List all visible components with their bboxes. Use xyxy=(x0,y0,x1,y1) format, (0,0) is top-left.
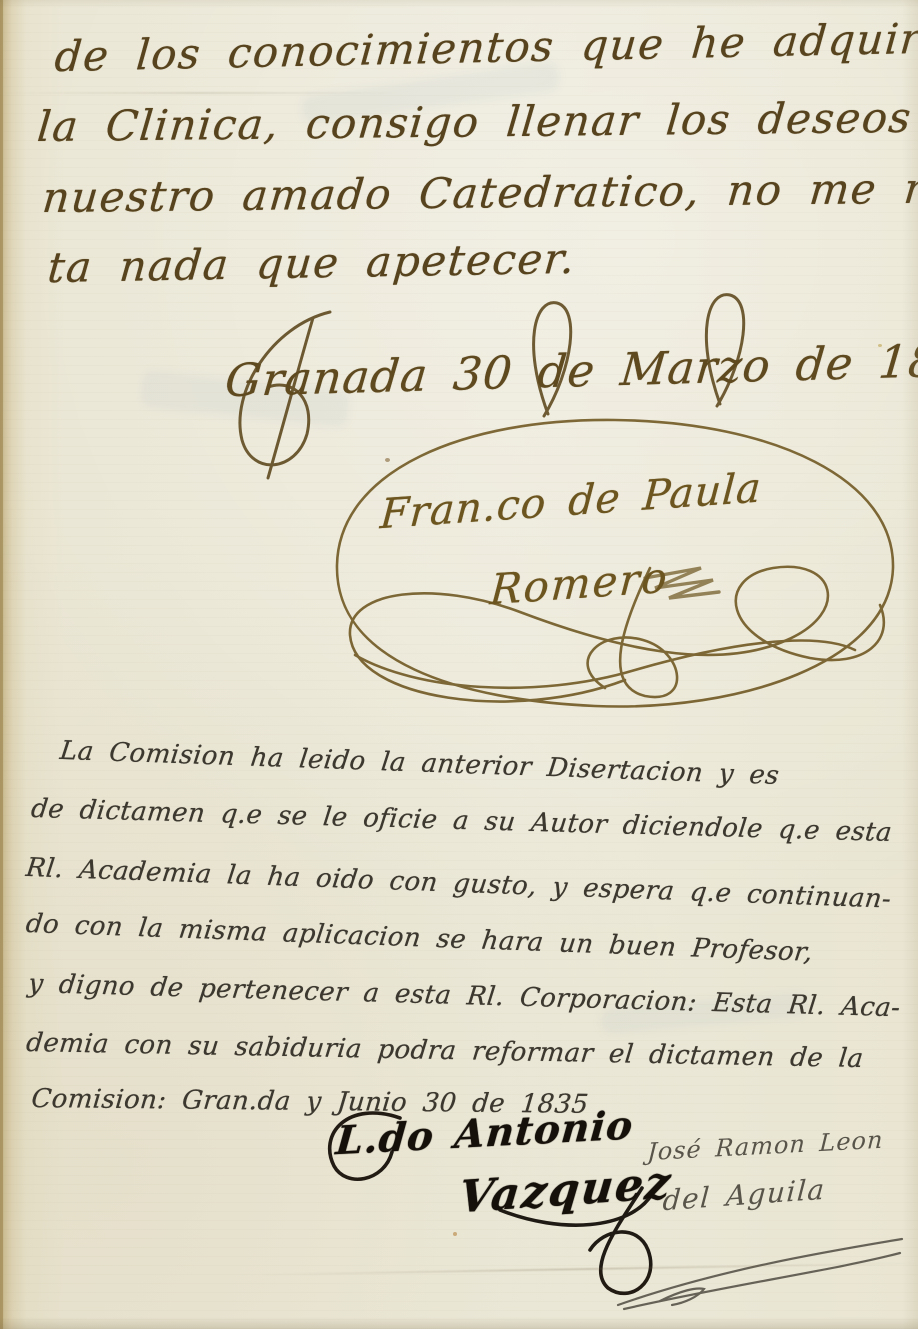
note-line-2: de dictamen q.e se le oficie a su Autor … xyxy=(30,794,894,848)
note-line-1: La Comision ha leido la anterior Diserta… xyxy=(58,736,781,791)
manuscript-page: de los conocimientos que he adquirido en… xyxy=(0,0,918,1329)
paper-crease xyxy=(0,92,400,94)
opening-line-3: nuestro amado Catedratico, no me res- xyxy=(40,163,918,222)
ink-speck xyxy=(453,1232,457,1236)
note-line-6: demia con su sabiduria podra reformar el… xyxy=(25,1028,865,1074)
note-line-5: y digno de pertenecer a esta Rl. Corpora… xyxy=(27,969,903,1023)
page-gutter-edge xyxy=(0,0,3,1329)
note-line-3: Rl. Academia la ha oido con gusto, y esp… xyxy=(24,853,893,915)
ink-speck xyxy=(878,344,882,347)
note-line-4: do con la misma aplicacion se hara un bu… xyxy=(24,909,814,968)
opening-line-2: la Clinica, consigo llenar los deseos de xyxy=(35,92,918,151)
ink-speck xyxy=(385,458,390,462)
opening-line-1: de los conocimientos que he adquirido en xyxy=(53,11,918,81)
right-signature-underline-flourish xyxy=(600,1225,918,1320)
